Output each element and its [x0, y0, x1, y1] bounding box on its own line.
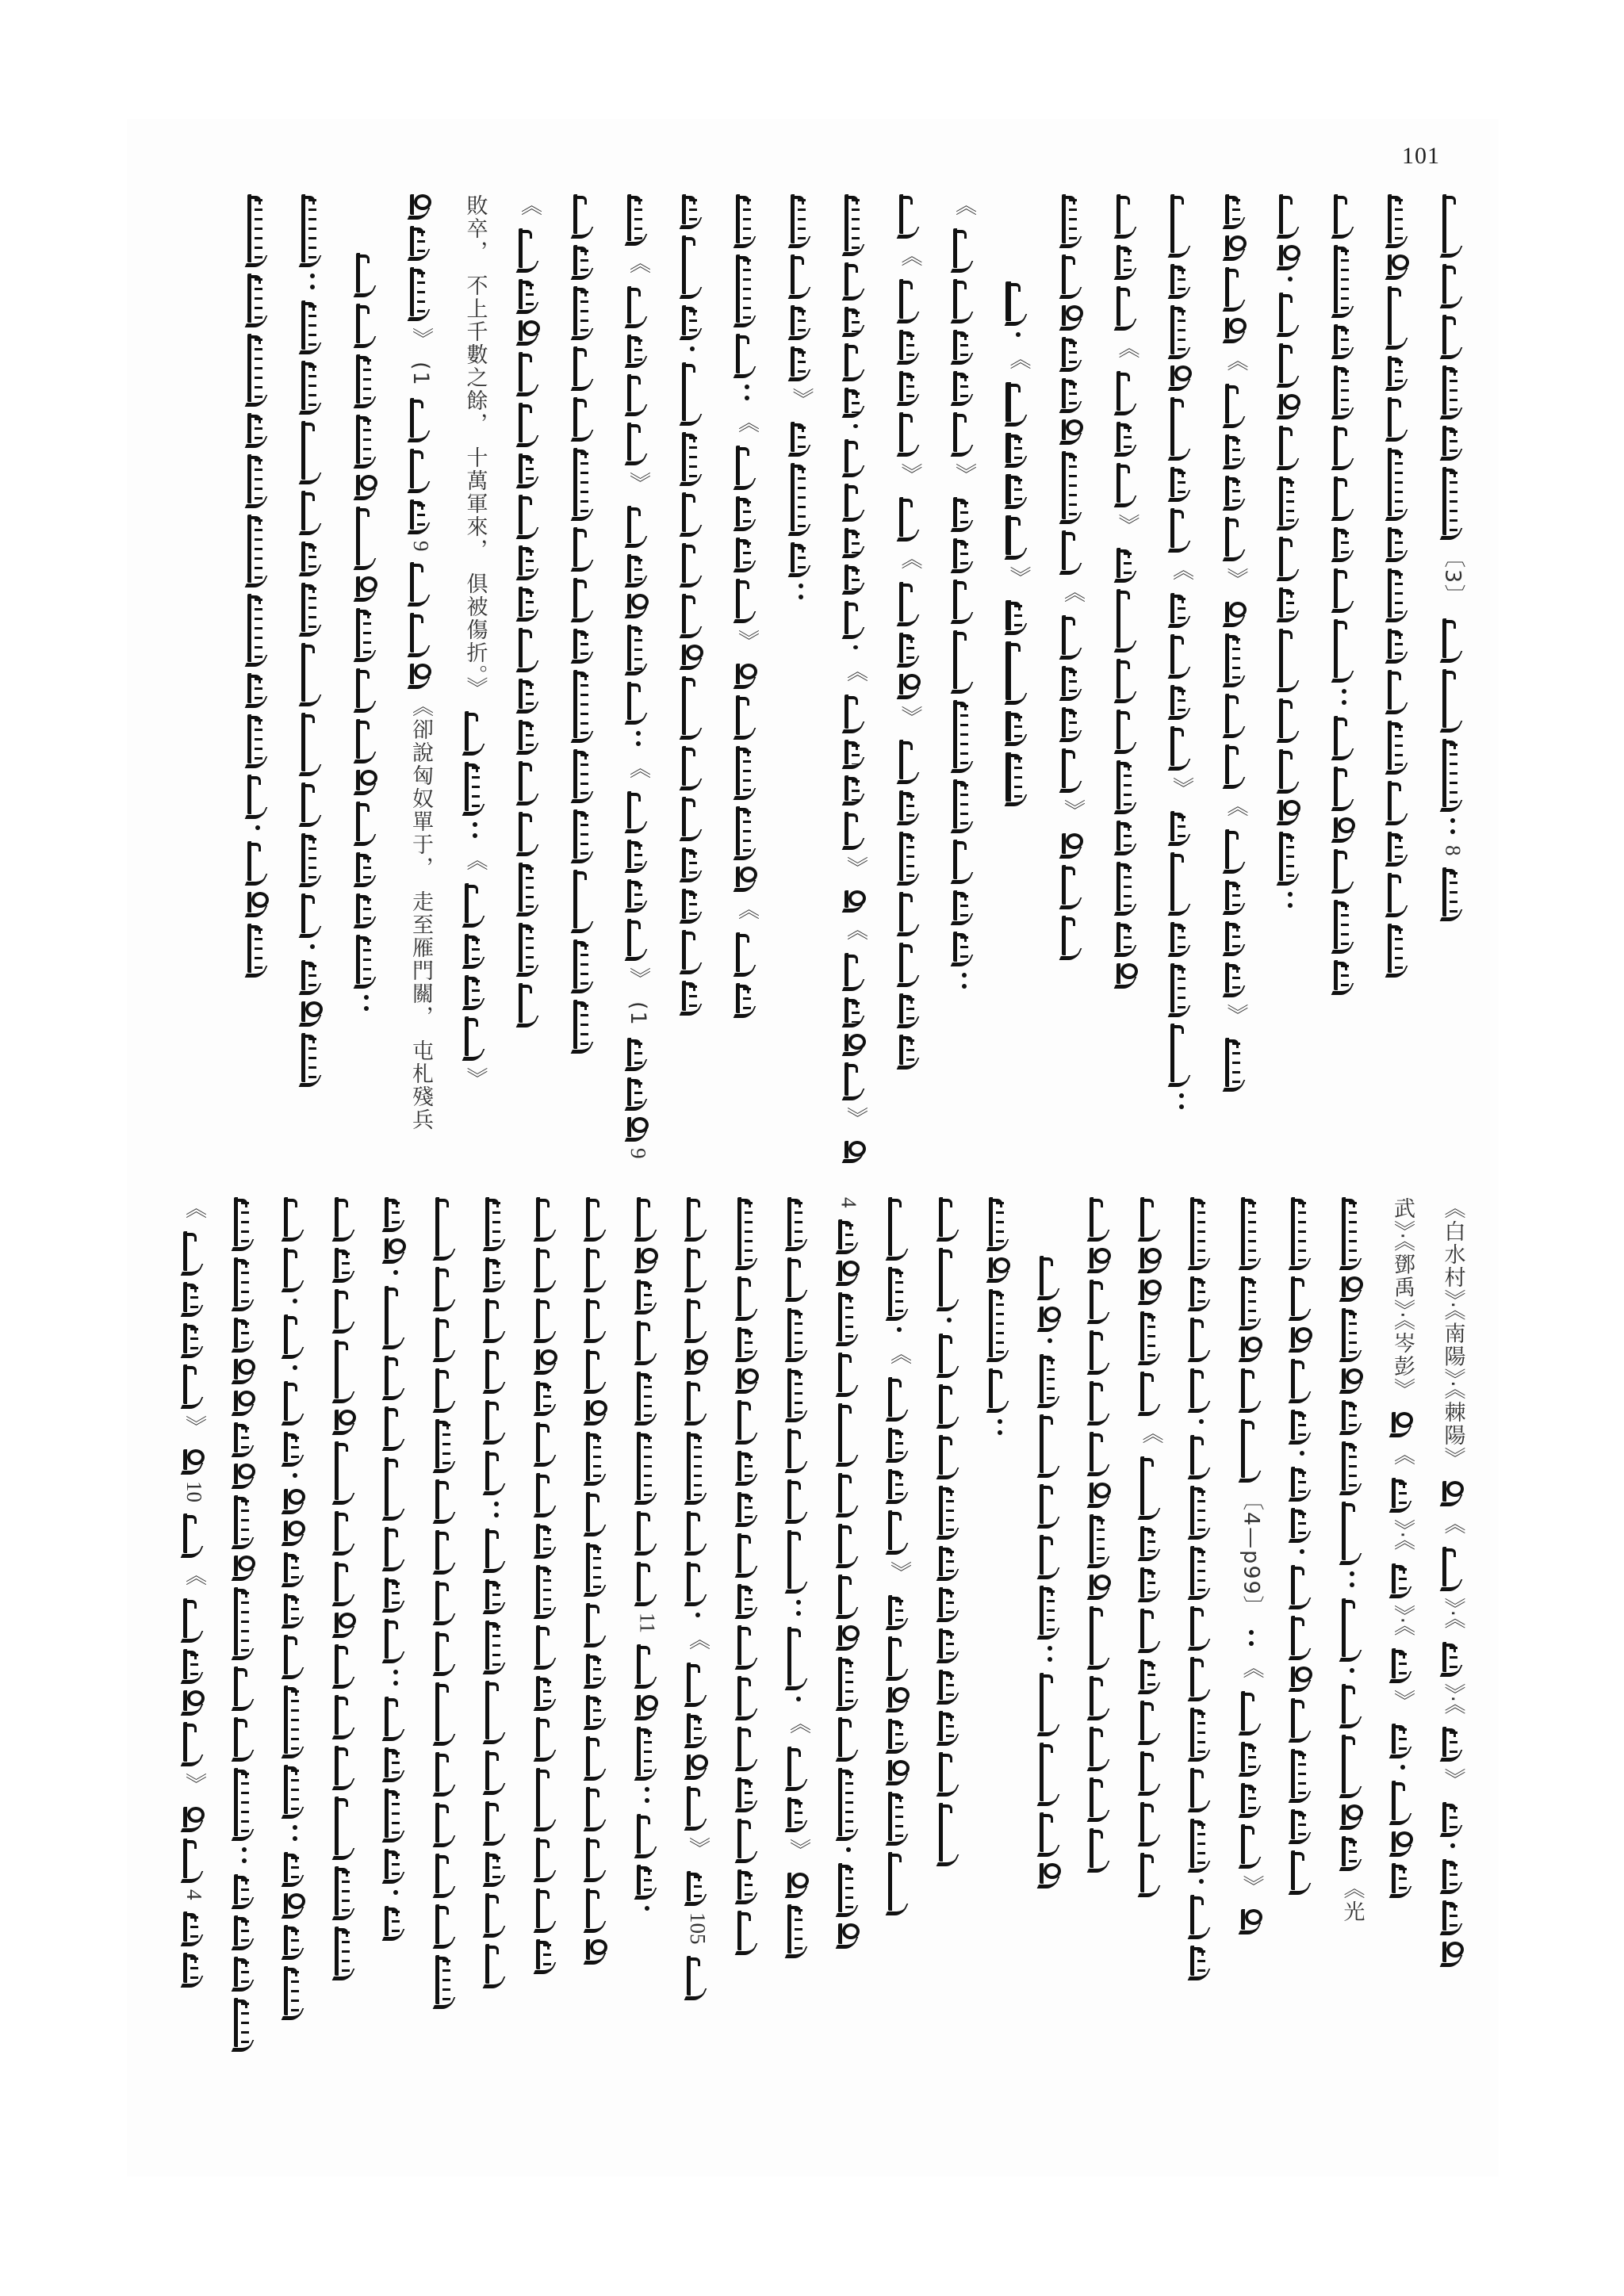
mongolian-word: [301, 960, 323, 990]
mongolian-word: [1442, 618, 1464, 658]
chinese-text: 《: [843, 919, 868, 942]
mongolian-word: [1442, 194, 1464, 253]
mongolian-word: [335, 1613, 356, 1633]
mongolian-word: [1005, 600, 1032, 630]
chinese-text: 》: [1005, 566, 1030, 589]
mongolian-word: [519, 983, 540, 1023]
mongolian-word: [637, 1727, 658, 1776]
chinese-text: 《: [1223, 350, 1247, 373]
mongolian-word: [183, 1449, 205, 1470]
mongolian-word: [845, 775, 866, 801]
mongolian-full-stop: [393, 1670, 398, 1686]
lower-column: [580, 1197, 615, 2180]
mongolian-word: [1116, 710, 1138, 749]
mongolian-word: [485, 1197, 507, 1246]
mongolian-word: [899, 194, 921, 234]
mongolian-word: [1442, 669, 1464, 728]
mongolian-word: [573, 527, 595, 567]
mongolian-word: [1005, 382, 1032, 422]
middle-dot: [690, 346, 695, 351]
mongolian-word: [687, 1299, 708, 1338]
mongolian-word: [385, 1906, 406, 1936]
mongolian-word: [1062, 530, 1083, 570]
mongolian-word: [1090, 1828, 1111, 1868]
mongolian-word: [682, 492, 703, 532]
mongolian-word: [1334, 619, 1355, 678]
mongolian-word: [234, 1667, 255, 1706]
mongolian-word: [1442, 739, 1464, 807]
mongolian-word: [385, 1789, 406, 1838]
chinese-text: 《: [897, 245, 921, 268]
mongolian-word: [627, 682, 649, 719]
mongolian-word: [301, 643, 323, 702]
mongolian-word: [736, 538, 757, 568]
mongolian-word: [1190, 1368, 1212, 1408]
mongolian-word: [284, 1521, 305, 1541]
mongolian-word: [385, 1619, 406, 1659]
mongolian-word: [573, 870, 595, 928]
mongolian-word: [1334, 476, 1355, 516]
mongolian-word: [356, 852, 377, 882]
mongolian-word: [1116, 194, 1138, 234]
mongolian-word: [845, 528, 866, 553]
mongolian-word: [736, 664, 757, 684]
mongolian-word: [953, 330, 975, 360]
mongolian-word: [183, 1364, 205, 1404]
mongolian-word: [465, 711, 486, 751]
mongolian-word: [791, 346, 812, 377]
mongolian-word: [953, 412, 975, 452]
mongolian-word: [1388, 356, 1409, 386]
mongolian-word: [1140, 1311, 1162, 1360]
mongolian-word: [435, 1904, 457, 1944]
mongolian-word: [899, 582, 921, 622]
mongolian-word: [335, 1644, 356, 1684]
mongolian-word: [335, 1340, 356, 1399]
mongolian-word: [301, 300, 323, 350]
mongolian-word: [1334, 194, 1355, 234]
mongolian-word: [536, 1717, 557, 1757]
upper-text-block: 〔3〕8《》《》《》《》《》《》《》《》《》《》《》》《》《《》《》(19《敗卒…: [135, 194, 1483, 1169]
mongolian-word: [1090, 1432, 1111, 1471]
mongolian-word: [301, 361, 323, 410]
mongolian-word: [1090, 1606, 1111, 1665]
mongolian-word: [284, 1594, 305, 1624]
mongolian-word: [1279, 537, 1300, 576]
mongolian-word: [519, 320, 540, 341]
mongolian-word: [1170, 508, 1192, 548]
mongolian-word: [234, 1874, 255, 1904]
mongolian-word: [519, 923, 540, 972]
mongolian-word: [536, 1381, 557, 1411]
mongolian-word: [385, 1578, 406, 1608]
mongolian-word: [234, 1957, 255, 1987]
mongolian-word: [573, 629, 595, 659]
middle-dot: [310, 944, 315, 949]
mongolian-word: [183, 1598, 205, 1638]
mongolian-word: [586, 1248, 607, 1288]
mongolian-word: [1116, 548, 1138, 578]
mongolian-word: [1040, 1307, 1061, 1327]
mongolian-word: [736, 194, 757, 243]
mongolian-word: [1291, 1467, 1312, 1497]
mongolian-word: [356, 668, 377, 708]
mongolian-word: [1116, 760, 1138, 809]
mongolian-word: [536, 1349, 557, 1370]
mongolian-word: [1090, 1727, 1111, 1766]
mongolian-word: [1170, 922, 1192, 952]
mongolian-word: [284, 1197, 305, 1237]
mongolian-word: [1334, 324, 1355, 354]
chinese-text: 《: [182, 1197, 206, 1220]
mongolian-word: [485, 1529, 507, 1568]
mongolian-word: [838, 1923, 860, 1944]
mongolian-word: [1225, 194, 1247, 224]
mongolian-word: [627, 840, 649, 868]
mongolian-word: [1334, 767, 1355, 806]
mongolian-word: [1190, 1486, 1212, 1535]
mongolian-word: [687, 1349, 708, 1370]
mongolian-word: [536, 1768, 557, 1827]
mongolian-word: [1291, 1565, 1312, 1605]
mongolian-word: [1170, 1024, 1192, 1082]
mongolian-word: [687, 1663, 708, 1702]
mongolian-word: [1225, 880, 1247, 910]
mongolian-word: [1225, 235, 1247, 256]
mongolian-word: [627, 1038, 649, 1066]
mongolian-word: [410, 194, 431, 215]
mongolian-word: [1005, 474, 1032, 504]
mongolian-word: [485, 1451, 507, 1490]
mongolian-word: [1062, 833, 1083, 854]
mongolian-word: [899, 633, 921, 663]
middle-dot: [645, 1906, 649, 1911]
mongolian-word: [627, 374, 649, 411]
mongolian-word: [485, 1579, 507, 1609]
mongolian-word: [536, 1625, 557, 1665]
mongolian-word: [1190, 1657, 1212, 1697]
mongolian-word: [637, 1562, 658, 1601]
mongolian-word: [519, 545, 540, 576]
mongolian-word: [1442, 426, 1464, 456]
mongolian-full-stop: [1249, 1630, 1254, 1646]
mongolian-word: [356, 576, 377, 597]
mongolian-word: [519, 352, 540, 392]
mongolian-word: [899, 832, 921, 881]
mongolian-word: [385, 1356, 406, 1395]
mongolian-word: [682, 235, 703, 294]
lower-column: 《白水村》·《南陽》·《棘陽》《》·《》·《》: [1435, 1197, 1470, 2180]
mongolian-word: [888, 1687, 910, 1708]
mongolian-word: [888, 1428, 910, 1458]
mongolian-word: [1279, 800, 1300, 821]
mongolian-word: [838, 1261, 860, 1281]
mongolian-full-stop: [998, 1419, 1002, 1435]
mongolian-word: [682, 848, 703, 878]
mongolian-word: [687, 1562, 708, 1601]
mongolian-word: [838, 1717, 860, 1757]
mongolian-word: [573, 809, 595, 859]
mongolian-word: [845, 484, 866, 517]
mongolian-word: [234, 1587, 255, 1655]
chinese-text: 《: [734, 411, 759, 434]
mongolian-word: [787, 1747, 809, 1786]
mongolian-word: [1090, 1330, 1111, 1370]
mongolian-word: [939, 1670, 960, 1700]
mongolian-word: [1190, 1318, 1212, 1357]
mongolian-word: [1062, 865, 1083, 905]
mongolian-word: [845, 262, 866, 296]
mongolian-word: [1116, 922, 1138, 952]
mongolian-word: [1005, 752, 1032, 802]
mongolian-word: [1279, 394, 1300, 415]
mongolian-word: [586, 1603, 607, 1643]
mongolian-word: [586, 1939, 607, 1960]
mongolian-full-stop: [799, 584, 803, 599]
chinese-text: 》: [786, 1839, 810, 1862]
chinese-text: (1: [626, 1001, 650, 1027]
mongolian-word: [737, 1777, 759, 1808]
inline-number: 9: [408, 541, 433, 552]
chinese-text: 武》·《鄧禹》·《岑彭》: [1390, 1197, 1415, 1401]
mongolian-word: [1140, 1853, 1162, 1892]
chinese-text: 《: [1060, 581, 1085, 604]
mongolian-word: [737, 1327, 759, 1357]
mongolian-word: [1279, 629, 1300, 687]
mongolian-word: [627, 1117, 649, 1137]
mongolian-word: [247, 775, 269, 814]
mongolian-full-stop: [745, 385, 749, 400]
mongolian-word: [1342, 1836, 1363, 1866]
mongolian-word: [687, 1871, 708, 1901]
mongolian-full-stop: [1048, 1646, 1052, 1662]
mongolian-word: [435, 1854, 457, 1893]
lower-column: [1032, 1197, 1067, 2180]
chinese-text: 》: [182, 1415, 206, 1438]
mongolian-word: [682, 362, 703, 421]
mongolian-word: [737, 1819, 759, 1858]
mongolian-word: [787, 1257, 809, 1297]
mongolian-word: [1334, 568, 1355, 608]
mongolian-word: [536, 1676, 557, 1706]
mongolian-word: [301, 1001, 323, 1022]
mongolian-word: [1225, 517, 1247, 557]
mongolian-word: [953, 700, 975, 768]
mongolian-word: [284, 1489, 305, 1510]
mongolian-word: [845, 564, 866, 590]
mongolian-word: [1334, 527, 1355, 557]
mongolian-word: [1225, 829, 1247, 869]
mongolian-word: [1291, 1667, 1312, 1687]
lower-column: [227, 1197, 262, 2180]
lower-column: 《》: [781, 1197, 816, 2180]
mongolian-word: [301, 894, 323, 933]
mongolian-word: [787, 1530, 809, 1589]
mongolian-word: [435, 1682, 457, 1741]
mongolian-word: [787, 1479, 809, 1519]
mongolian-word: [888, 1636, 910, 1676]
mongolian-word: [899, 497, 921, 537]
mongolian-word: [1170, 397, 1192, 456]
mongolian-word: [183, 1231, 205, 1271]
mongolian-word: [1190, 1606, 1212, 1646]
mongolian-word: [1241, 1783, 1262, 1813]
mongolian-word: [1241, 1276, 1262, 1326]
mongolian-word: [953, 228, 975, 268]
mongolian-word: [899, 740, 921, 779]
mongolian-word: [953, 890, 975, 920]
mongolian-word: [1342, 1276, 1363, 1297]
middle-dot: [853, 424, 858, 428]
mongolian-word: [1342, 1368, 1363, 1389]
middle-dot: [796, 1697, 801, 1701]
mongolian-word: [627, 286, 649, 323]
mongolian-word: [234, 1717, 255, 1757]
mongolian-word: [1241, 1742, 1262, 1772]
mongolian-word: [737, 1584, 759, 1614]
chinese-text: 》·《: [1390, 1605, 1415, 1638]
chinese-text: 《白水村》·《南陽》·《棘陽》: [1440, 1197, 1465, 1470]
mongolian-word: [1090, 1248, 1111, 1269]
upper-column: 《》《: [730, 194, 764, 1169]
mongolian-word: [356, 719, 377, 759]
mongolian-word: [586, 1299, 607, 1338]
lower-column: [932, 1197, 967, 2180]
mongolian-word: [435, 1197, 457, 1256]
middle-dot: [393, 1270, 398, 1275]
mongolian-word: [899, 674, 921, 695]
mongolian-word: [838, 1625, 860, 1646]
upper-column: 《》《》: [838, 194, 873, 1169]
mongolian-word: [838, 1575, 860, 1614]
mongolian-word: [1190, 1946, 1212, 1976]
mongolian-word: [1170, 593, 1192, 623]
lower-column: 11: [630, 1197, 665, 2180]
chinese-text: 《: [897, 548, 921, 571]
upper-column: 》(19《卻說匈奴單于，走至雁門關，屯札殘兵: [404, 194, 439, 1169]
mongolian-word: [1334, 817, 1355, 838]
mongolian-word: [1170, 726, 1192, 766]
mongolian-word: [1062, 748, 1083, 788]
chinese-text: 》: [843, 856, 868, 879]
lower-column: 《光: [1335, 1197, 1369, 2180]
mongolian-word: [953, 840, 975, 879]
mongolian-word: [1090, 1575, 1111, 1595]
mongolian-word: [301, 713, 323, 771]
mongolian-word: [1190, 1708, 1212, 1757]
mongolian-word: [573, 670, 595, 738]
mongolian-word: [953, 779, 975, 828]
mongolian-word: [573, 286, 595, 335]
mongolian-word: [637, 1321, 658, 1360]
mongolian-word: [1392, 1724, 1413, 1754]
mongolian-word: [888, 1267, 910, 1316]
mongolian-word: [1291, 1749, 1312, 1798]
mongolian-word: [687, 1381, 708, 1421]
mongolian-word: [519, 279, 540, 309]
mongolian-word: [637, 1511, 658, 1551]
mongolian-word: [1334, 426, 1355, 465]
mongolian-word: [1090, 1676, 1111, 1716]
mongolian-word: [1040, 1812, 1061, 1852]
chinese-text: 》: [734, 629, 759, 652]
mongolian-word: [939, 1248, 960, 1307]
mongolian-word: [519, 228, 540, 268]
mongolian-word: [791, 542, 812, 572]
mongolian-word: [1291, 1850, 1312, 1890]
mongolian-word: [1392, 1478, 1413, 1508]
mongolian-word: [335, 1562, 356, 1601]
chinese-text: 《: [685, 1628, 710, 1651]
mongolian-word: [1388, 721, 1409, 770]
lower-column: [378, 1197, 413, 2180]
mongolian-word: [899, 993, 921, 1024]
mongolian-word: [183, 1649, 205, 1679]
chinese-text: 《: [517, 194, 542, 217]
mongolian-word: [1040, 1863, 1061, 1884]
mongolian-word: [737, 1197, 759, 1265]
mongolian-word: [247, 334, 269, 402]
chinese-text: 〔4—p99〕: [1239, 1489, 1263, 1619]
mongolian-word: [899, 790, 921, 821]
mongolian-word: [736, 932, 757, 972]
mongolian-word: [247, 274, 269, 323]
mongolian-word: [737, 1400, 759, 1440]
mongolian-word: [183, 1282, 205, 1312]
mongolian-word: [586, 1197, 607, 1237]
inline-number: 4: [182, 1889, 206, 1900]
middle-dot: [1300, 1549, 1304, 1554]
upper-column: 《》《》(19: [621, 194, 656, 1169]
mongolian-word: [586, 1492, 607, 1532]
mongolian-word: [247, 924, 269, 973]
mongolian-word: [838, 1292, 860, 1341]
lower-column: [982, 1197, 1017, 2180]
mongolian-word: [1005, 433, 1032, 463]
mongolian-word: [586, 1543, 607, 1592]
mongolian-word: [1140, 1197, 1162, 1237]
chinese-text: 《: [952, 194, 976, 217]
middle-dot: [1350, 1668, 1354, 1673]
mongolian-word: [1388, 254, 1409, 275]
mongolian-word: [939, 1384, 960, 1424]
mongolian-word: [838, 1863, 860, 1912]
lower-column: [1184, 1197, 1219, 2180]
mongolian-word: [301, 491, 323, 530]
mongolian-word: [536, 1565, 557, 1614]
lower-column: 《》105: [680, 1197, 715, 2180]
mongolian-word: [1040, 1484, 1061, 1524]
mongolian-word: [899, 412, 921, 452]
mongolian-word: [1040, 1256, 1061, 1295]
mongolian-word: [536, 1248, 557, 1288]
mongolian-full-stop: [293, 1825, 297, 1841]
mongolian-word: [1225, 434, 1247, 465]
mongolian-word: [737, 1533, 759, 1573]
mongolian-word: [536, 1888, 557, 1928]
mongolian-word: [1241, 1909, 1262, 1930]
mongolian-word: [1442, 1642, 1464, 1672]
chinese-text: 屯札殘兵: [408, 1039, 433, 1131]
mongolian-word: [485, 1349, 507, 1389]
mongolian-word: [385, 1286, 406, 1345]
mongolian-word: [637, 1372, 658, 1421]
mongolian-word: [586, 1654, 607, 1684]
chinese-text: 《: [1440, 1513, 1465, 1536]
mongolian-word: [410, 398, 431, 438]
mongolian-word: [301, 783, 323, 822]
mongolian-word: [1442, 867, 1464, 916]
